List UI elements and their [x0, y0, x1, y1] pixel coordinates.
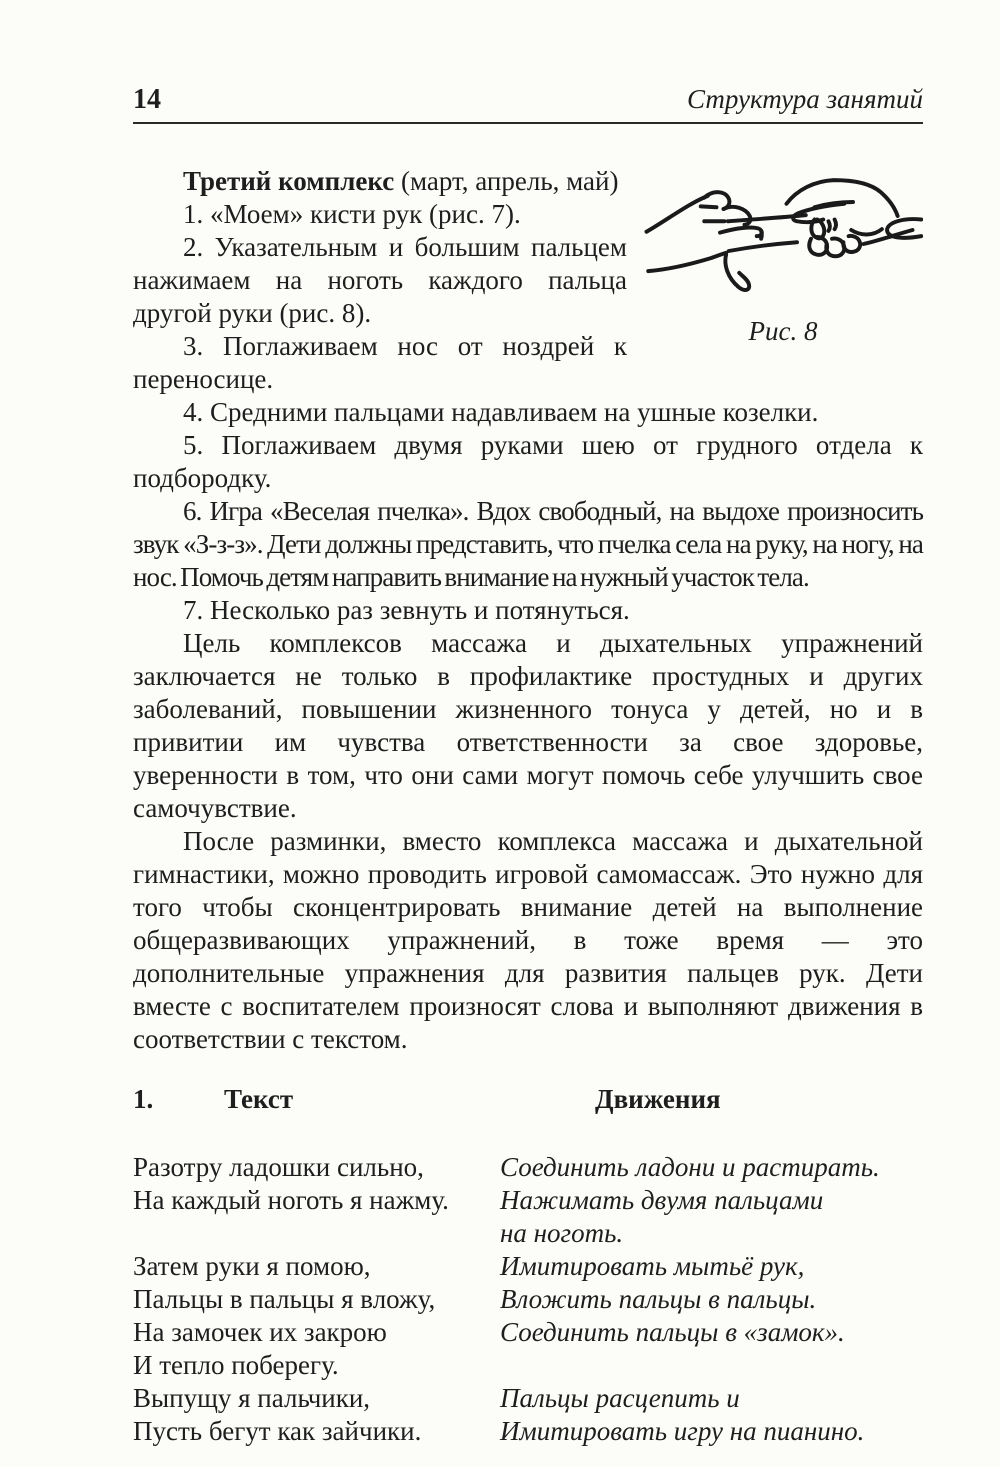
text-cell: И тепло поберегу.	[133, 1349, 500, 1382]
column-header-text: Текст	[224, 1083, 293, 1116]
column-header-moves: Движения	[595, 1083, 721, 1116]
page-number: 14	[133, 85, 161, 115]
text-cell: Выпущу я пальчики,	[133, 1382, 500, 1415]
text-cell: На замочек их закрою	[133, 1316, 500, 1349]
table-row: Разотру ладошки сильно, Соединить ладони…	[133, 1151, 923, 1184]
running-header: 14 Структура занятий	[133, 84, 923, 115]
table-row: Затем руки я помою, Имитировать мытьё ру…	[133, 1250, 923, 1283]
text-cell: Пусть бегут как зайчики.	[133, 1415, 500, 1448]
table-row: Выпущу я пальчики, Пальцы расцепить и	[133, 1382, 923, 1415]
complex-step-7: 7. Несколько раз зевнуть и потянуться.	[133, 594, 923, 627]
main-text: Рис. 8 Третий комплекс (март, апрель, ма…	[133, 165, 923, 1448]
paragraph-goal: Цель комплексов массажа и дыхательных уп…	[133, 627, 923, 825]
section-title-dates: (март, апрель, май)	[394, 166, 618, 196]
exercise-table-header: 1. Текст Движения	[133, 1083, 923, 1116]
text-cell	[133, 1217, 500, 1250]
moves-cell: Имитировать мытьё рук,	[500, 1250, 923, 1283]
complex-step-5: 5. Поглаживаем двумя руками шею от грудн…	[133, 429, 923, 495]
complex-step-6: 6. Игра «Веселая пчелка». Вдох свободный…	[133, 495, 923, 594]
moves-cell: Соединить ладони и растирать.	[500, 1151, 923, 1184]
moves-cell	[500, 1349, 923, 1382]
exercise-number: 1.	[133, 1083, 153, 1116]
running-head-title: Структура занятий	[687, 84, 923, 114]
table-row: На каждый ноготь я нажму. Нажимать двумя…	[133, 1184, 923, 1217]
moves-cell: Нажимать двумя пальцами	[500, 1184, 923, 1217]
text-cell: На каждый ноготь я нажму.	[133, 1184, 500, 1217]
header-divider-rule	[133, 122, 923, 124]
page-content: 14 Структура занятий	[133, 84, 923, 1448]
moves-cell: Вложить пальцы в пальцы.	[500, 1283, 923, 1316]
table-row: И тепло поберегу.	[133, 1349, 923, 1382]
figure-caption: Рис. 8	[643, 315, 923, 348]
table-row: Пальцы в пальцы я вложу, Вложить пальцы …	[133, 1283, 923, 1316]
section-title-bold: Третий комплекс	[183, 166, 394, 196]
exercise-table: Разотру ладошки сильно, Соединить ладони…	[133, 1151, 923, 1448]
book-page: 14 Структура занятий	[0, 0, 1000, 1467]
moves-cell: на ноготь.	[500, 1217, 923, 1250]
text-cell: Затем руки я помою,	[133, 1250, 500, 1283]
text-cell: Разотру ладошки сильно,	[133, 1151, 500, 1184]
complex-step-4: 4. Средними пальцами надавливаем на ушны…	[133, 396, 923, 429]
moves-cell: Соединить пальцы в «замок».	[500, 1316, 923, 1349]
table-row: Пусть бегут как зайчики. Имитировать игр…	[133, 1415, 923, 1448]
moves-cell: Имитировать игру на пианино.	[500, 1415, 923, 1448]
paragraph-self-massage: После разминки, вместо комплекса массажа…	[133, 825, 923, 1056]
moves-cell: Пальцы расцепить и	[500, 1382, 923, 1415]
text-cell: Пальцы в пальцы я вложу,	[133, 1283, 500, 1316]
table-row: На замочек их закрою Соединить пальцы в …	[133, 1316, 923, 1349]
figure-8: Рис. 8	[643, 167, 923, 348]
table-row: на ноготь.	[133, 1217, 923, 1250]
hands-massage-illustration	[643, 167, 923, 307]
